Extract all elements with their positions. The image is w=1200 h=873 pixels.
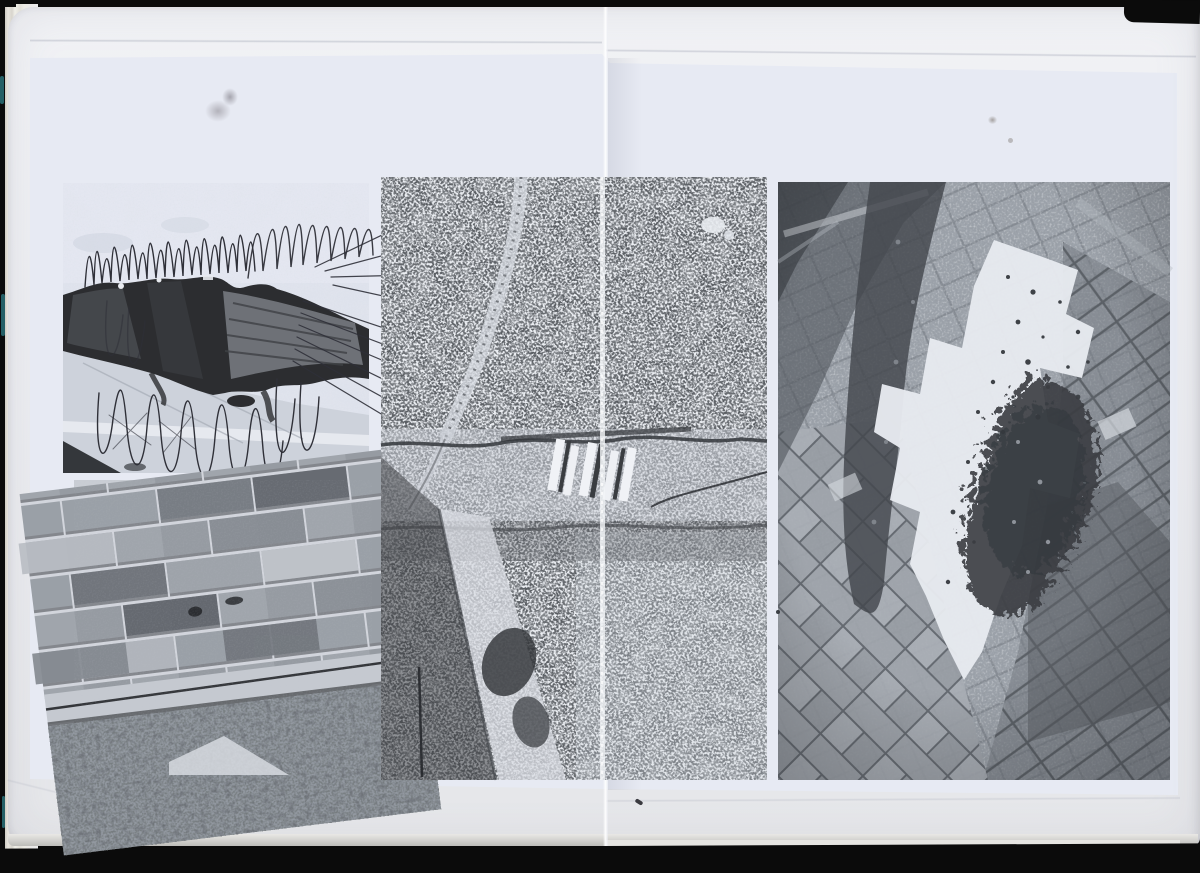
cover-teal-speck	[1, 294, 5, 336]
scanner-bed-strip	[0, 0, 16, 7]
scanner-bed-strip	[300, 0, 378, 4]
stain-speck	[988, 116, 997, 124]
cover-teal-speck	[0, 76, 4, 104]
scanned-spread	[0, 0, 1200, 873]
cover-teal-speck	[2, 796, 5, 828]
photo-concrete-crack	[381, 177, 767, 780]
photo-paving-stain	[778, 182, 1170, 780]
scanner-bed-corner	[1124, 0, 1200, 24]
scanner-bed-strip	[56, 0, 192, 5]
stain-speck	[1008, 138, 1013, 143]
photo-brick-wall	[74, 480, 372, 775]
scanner-bed-strip	[598, 0, 718, 6]
photo-log-scribble	[63, 183, 369, 473]
scanner-bed-strip	[788, 0, 1102, 5]
scanner-bed-bottom	[0, 843, 1200, 873]
stain-smudge	[222, 88, 238, 106]
